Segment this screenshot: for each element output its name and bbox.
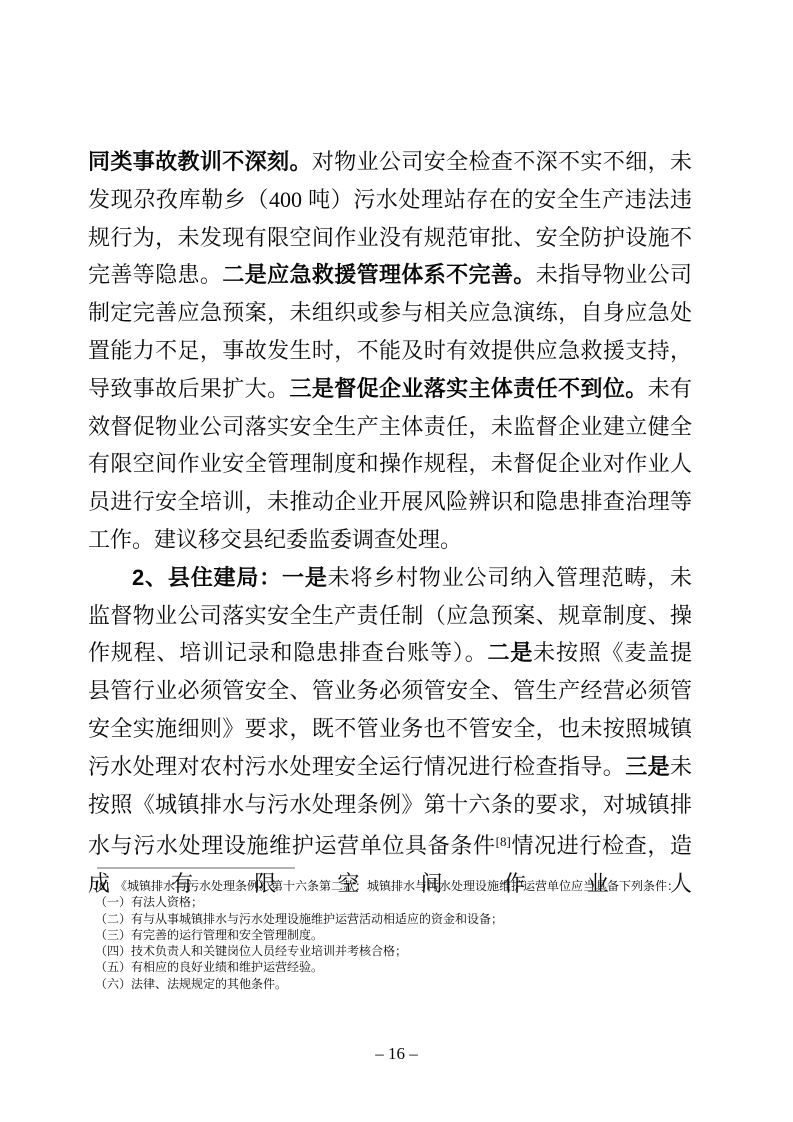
footnote-line: （六）法律、法规规定的其他条件。 xyxy=(95,976,710,992)
footnote-line: （三）有完善的运行管理和安全管理制度。 xyxy=(95,927,710,943)
paragraph-2: 2、县住建局：一是未将乡村物业公司纳入管理范畴，未监督物业公司落实安全生产责任制… xyxy=(88,559,692,903)
footnote-line: （二）有与从事城镇排水与污水处理设施维护运营活动相适应的资金和设备； xyxy=(95,911,710,927)
text-run: 未有效督促物业公司落实安全生产主体责任，未监督企业建立健全有限空间作业安全管理制… xyxy=(88,376,692,552)
footnote-line: （五）有相应的良好业绩和维护运营经验。 xyxy=(95,959,710,975)
emphasis-run: 2、县住建局：一是 xyxy=(132,565,328,590)
footnotes: [8] 《城镇排水与污水处理条例》第十六条第二款：城镇排水与污水处理设施维护运营… xyxy=(95,878,710,992)
emphasis-run: 同类事故教训不深刻。 xyxy=(88,149,312,174)
paragraph-1: 同类事故教训不深刻。对物业公司安全检查不深不实不细，未发现尕孜库勒乡（400 吨… xyxy=(88,143,692,559)
emphasis-run: 二是应急救援管理体系不完善。 xyxy=(222,262,535,287)
page-number: – 16 – xyxy=(0,1044,793,1064)
footnote-ref: [8] xyxy=(496,834,511,849)
emphasis-run: 三是 xyxy=(625,754,670,779)
footnote-line: （四）技术负责人和关键岗位人员经专业培训并考核合格； xyxy=(95,943,710,959)
footnote-separator xyxy=(97,867,295,869)
document-page: 同类事故教训不深刻。对物业公司安全检查不深不实不细，未发现尕孜库勒乡（400 吨… xyxy=(0,0,793,1122)
footnote-line: [8] 《城镇排水与污水处理条例》第十六条第二款：城镇排水与污水处理设施维护运营… xyxy=(95,878,710,894)
body-text: 同类事故教训不深刻。对物业公司安全检查不深不实不细，未发现尕孜库勒乡（400 吨… xyxy=(88,143,692,903)
footnote-line: （一）有法人资格； xyxy=(95,894,710,910)
emphasis-run: 三是督促企业落实主体责任不到位。 xyxy=(289,376,647,401)
emphasis-run: 二是 xyxy=(488,640,534,665)
